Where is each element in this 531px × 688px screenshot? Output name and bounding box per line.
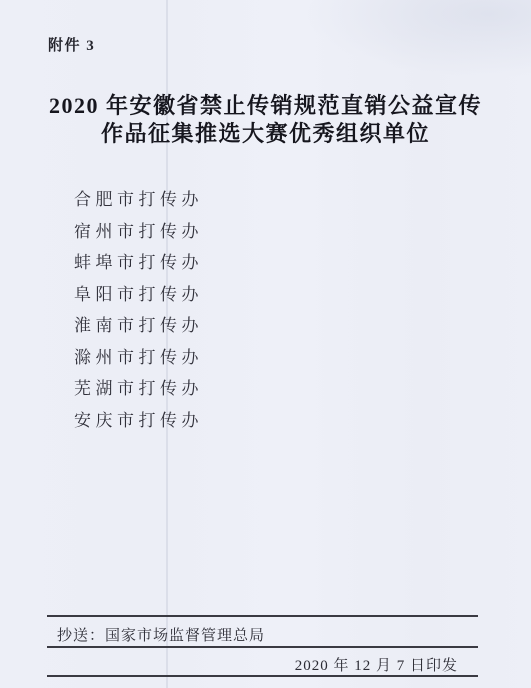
list-item: 芜湖市打传办 — [74, 373, 203, 405]
attachment-label: 附件 3 — [48, 34, 95, 55]
print-date: 2020 年 12 月 7 日印发 — [295, 654, 458, 675]
cc-line: 抄送：国家市场监督管理总局 — [57, 624, 265, 645]
list-item: 阜阳市打传办 — [74, 279, 203, 311]
list-item: 滁州市打传办 — [74, 342, 203, 374]
list-item: 蚌埠市打传办 — [74, 247, 203, 279]
document-title: 2020 年安徽省禁止传销规范直销公益宣传 作品征集推选大赛优秀组织单位 — [0, 92, 531, 148]
document-page: 附件 3 2020 年安徽省禁止传销规范直销公益宣传 作品征集推选大赛优秀组织单… — [0, 0, 531, 688]
list-item: 淮南市打传办 — [74, 310, 203, 342]
list-item: 宿州市打传办 — [74, 216, 203, 248]
document-title-line2: 作品征集推选大赛优秀组织单位 — [0, 120, 531, 148]
document-title-line1: 2020 年安徽省禁止传销规范直销公益宣传 — [0, 92, 531, 120]
footer-rule-middle — [47, 646, 478, 648]
footer-rule-bottom — [47, 675, 478, 677]
list-item: 安庆市打传办 — [74, 405, 203, 437]
footer-rule-top — [47, 615, 478, 617]
organization-list: 合肥市打传办宿州市打传办蚌埠市打传办阜阳市打传办淮南市打传办滁州市打传办芜湖市打… — [74, 184, 203, 436]
list-item: 合肥市打传办 — [74, 184, 203, 216]
